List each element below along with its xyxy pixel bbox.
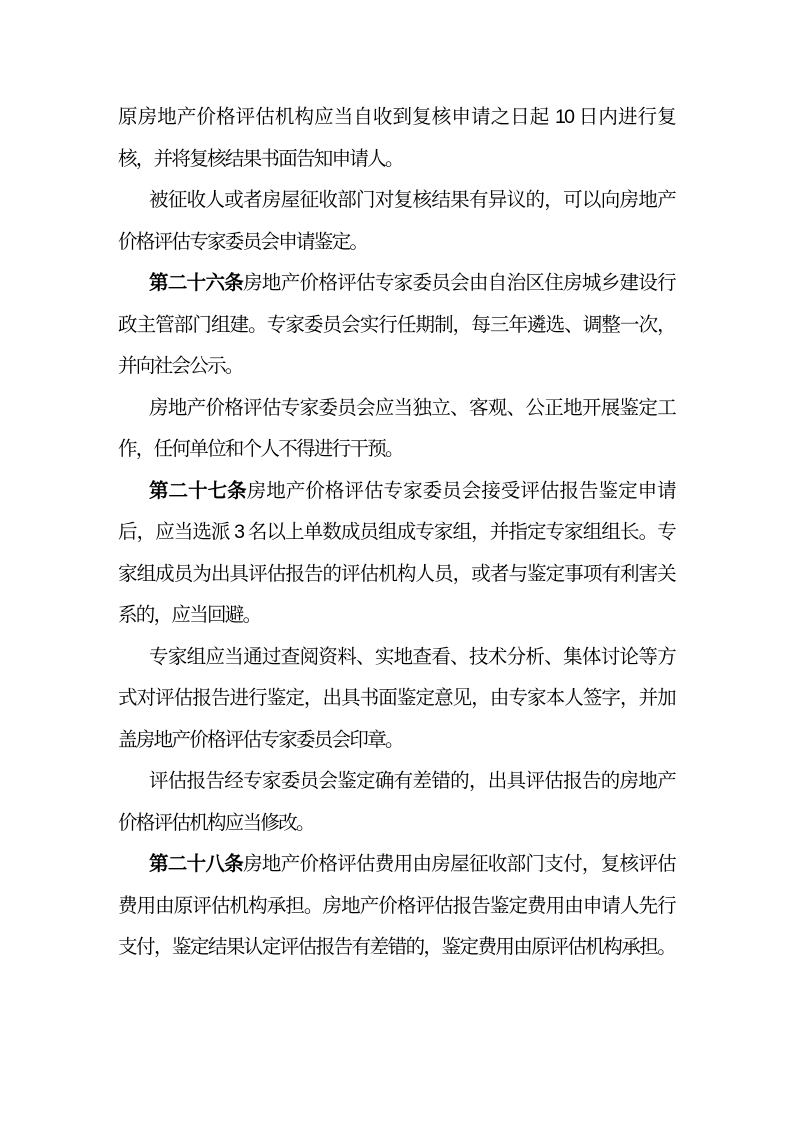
article-number: 第二十八条: [149, 853, 243, 875]
text-line: 后，应当选派 3 名以上单数成员组成专家组，并指定专家组组长。专: [118, 512, 675, 554]
text-line: 核，并将复核结果书面告知申请人。: [118, 139, 675, 181]
line-text: 房地产价格评估专家委员会接受评估报告鉴定申请: [247, 480, 675, 502]
text-line: 式对评估报告进行鉴定，出具书面鉴定意见，由专家本人签字，并加: [118, 678, 675, 720]
article-number: 第二十六条: [149, 272, 243, 294]
line-text: 支付，鉴定结果认定评估报告有差错的，鉴定费用由原评估机构承担。: [118, 936, 675, 958]
text-line: 被征收人或者房屋征收部门对复核结果有异议的，可以向房地产: [118, 180, 675, 222]
text-line: 系的，应当回避。: [118, 595, 675, 637]
line-text: 房地产价格评估专家委员会应当独立、客观、公正地开展鉴定工: [149, 397, 675, 419]
line-text: 政主管部门组建。专家委员会实行任期制，每三年遴选、调整一次，: [118, 314, 675, 336]
text-line: 第二十六条房地产价格评估专家委员会由自治区住房城乡建设行: [118, 263, 675, 305]
line-text: 房地产价格评估费用由房屋征收部门支付，复核评估: [243, 853, 675, 875]
document-page: 原房地产价格评估机构应当自收到复核申请之日起 10 日内进行复核，并将复核结果书…: [0, 0, 793, 1122]
line-text: 专家组应当通过查阅资料、实地查看、技术分析、集体讨论等方: [149, 646, 675, 668]
line-text: 价格评估专家委员会申请鉴定。: [118, 231, 367, 253]
line-text: 价格评估机构应当修改。: [118, 812, 314, 834]
line-text: 式对评估报告进行鉴定，出具书面鉴定意见，由专家本人签字，并加: [118, 687, 675, 709]
line-text: 原房地产价格评估机构应当自收到复核申请之日起 10 日内进行复: [118, 106, 675, 128]
text-line: 盖房地产价格评估专家委员会印章。: [118, 720, 675, 762]
line-text: 评估报告经专家委员会鉴定确有差错的，出具评估报告的房地产: [149, 770, 675, 792]
line-text: 并向社会公示。: [118, 355, 243, 377]
text-line: 价格评估专家委员会申请鉴定。: [118, 222, 675, 264]
text-line: 价格评估机构应当修改。: [118, 803, 675, 845]
text-line: 支付，鉴定结果认定评估报告有差错的，鉴定费用由原评估机构承担。: [118, 927, 675, 969]
text-line: 专家组应当通过查阅资料、实地查看、技术分析、集体讨论等方: [118, 637, 675, 679]
text-line: 评估报告经专家委员会鉴定确有差错的，出具评估报告的房地产: [118, 761, 675, 803]
text-line: 第二十八条房地产价格评估费用由房屋征收部门支付，复核评估: [118, 844, 675, 886]
text-line: 原房地产价格评估机构应当自收到复核申请之日起 10 日内进行复: [118, 97, 675, 139]
line-text: 被征收人或者房屋征收部门对复核结果有异议的，可以向房地产: [149, 189, 675, 211]
line-text: 家组成员为出具评估报告的评估机构人员，或者与鉴定事项有利害关: [118, 563, 675, 585]
text-line: 作，任何单位和个人不得进行干预。: [118, 429, 675, 471]
text-line: 并向社会公示。: [118, 346, 675, 388]
line-text: 房地产价格评估专家委员会由自治区住房城乡建设行: [243, 272, 675, 294]
line-text: 费用由原评估机构承担。房地产价格评估报告鉴定费用由申请人先行: [118, 895, 675, 917]
line-text: 核，并将复核结果书面告知申请人。: [118, 148, 403, 170]
text-line: 政主管部门组建。专家委员会实行任期制，每三年遴选、调整一次，: [118, 305, 675, 347]
article-number: 第二十七条: [149, 480, 247, 502]
line-text: 后，应当选派 3 名以上单数成员组成专家组，并指定专家组组长。专: [118, 521, 675, 543]
line-text: 作，任何单位和个人不得进行干预。: [118, 438, 403, 460]
text-line: 第二十七条房地产价格评估专家委员会接受评估报告鉴定申请: [118, 471, 675, 513]
line-text: 盖房地产价格评估专家委员会印章。: [118, 729, 403, 751]
text-line: 费用由原评估机构承担。房地产价格评估报告鉴定费用由申请人先行: [118, 886, 675, 928]
document-content: 原房地产价格评估机构应当自收到复核申请之日起 10 日内进行复核，并将复核结果书…: [118, 97, 675, 969]
text-line: 房地产价格评估专家委员会应当独立、客观、公正地开展鉴定工: [118, 388, 675, 430]
line-text: 系的，应当回避。: [118, 604, 260, 626]
text-line: 家组成员为出具评估报告的评估机构人员，或者与鉴定事项有利害关: [118, 554, 675, 596]
